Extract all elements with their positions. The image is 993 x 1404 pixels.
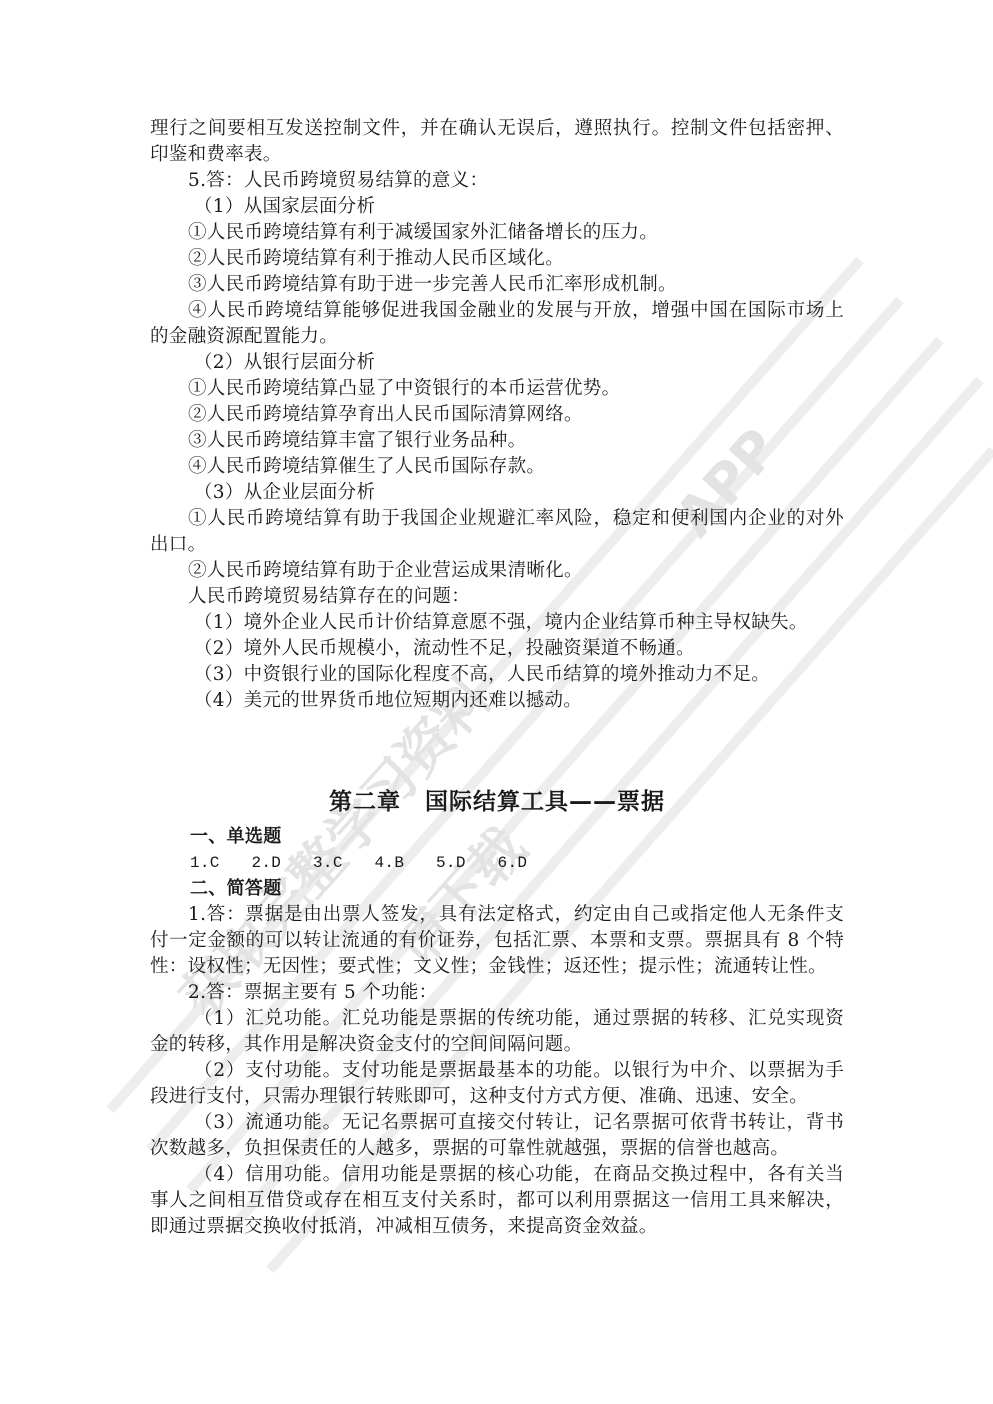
document-page: 理行之间要相互发送控制文件，并在确认无误后，遵照执行。控制文件包括密押、印鉴和费… xyxy=(150,116,844,1240)
answer-q2-title: 2.答：票据主要有 5 个功能： xyxy=(150,980,844,1006)
problem-item: （2）境外人民币规模小，流动性不足，投融资渠道不畅通。 xyxy=(150,636,844,662)
section-heading-short-answer: 二、简答题 xyxy=(150,876,844,902)
answer-q1: 1.答：票据是由出票人签发，具有法定格式，约定由自己或指定他人无条件支付一定金额… xyxy=(150,902,844,980)
list-item: ③人民币跨境结算有助于进一步完善人民币汇率形成机制。 xyxy=(150,272,844,298)
group-heading-national: （1）从国家层面分析 xyxy=(150,194,844,220)
group-heading-bank: （2）从银行层面分析 xyxy=(150,350,844,376)
list-item: ③人民币跨境结算丰富了银行业务品种。 xyxy=(150,428,844,454)
problem-item: （1）境外企业人民币计价结算意愿不强，境内企业结算币种主导权缺失。 xyxy=(150,610,844,636)
chapter-title: 第二章 国际结算工具——票据 xyxy=(150,784,844,820)
problems-title: 人民币跨境贸易结算存在的问题： xyxy=(150,584,844,610)
list-item: ②人民币跨境结算孕育出人民币国际清算网络。 xyxy=(150,402,844,428)
function-item: （2）支付功能。支付功能是票据最基本的功能。以银行为中介、以票据为手段进行支付，… xyxy=(150,1058,844,1110)
problem-item: （4）美元的世界货币地位短期内还难以撼动。 xyxy=(150,688,844,714)
function-item: （4）信用功能。信用功能是票据的核心功能，在商品交换过程中，各有关当事人之间相互… xyxy=(150,1162,844,1240)
answer-key: 1.C 2.D 3.C 4.B 5.D 6.D xyxy=(150,850,844,876)
problem-item: （3）中资银行业的国际化程度不高，人民币结算的境外推动力不足。 xyxy=(150,662,844,688)
paragraph-control-files: 理行之间要相互发送控制文件，并在确认无误后，遵照执行。控制文件包括密押、印鉴和费… xyxy=(150,116,844,168)
group-heading-enterprise: （3）从企业层面分析 xyxy=(150,480,844,506)
list-item: ①人民币跨境结算有助于我国企业规避汇率风险，稳定和便利国内企业的对外出口。 xyxy=(150,506,844,558)
list-item: ④人民币跨境结算催生了人民币国际存款。 xyxy=(150,454,844,480)
function-item: （3）流通功能。无记名票据可直接交付转让，记名票据可依背书转让，背书次数越多，负… xyxy=(150,1110,844,1162)
list-item: ①人民币跨境结算有利于减缓国家外汇储备增长的压力。 xyxy=(150,220,844,246)
list-item: ②人民币跨境结算有利于推动人民币区域化。 xyxy=(150,246,844,272)
list-item: ④人民币跨境结算能够促进我国金融业的发展与开放，增强中国在国际市场上的金融资源配… xyxy=(150,298,844,350)
list-item: ①人民币跨境结算凸显了中资银行的本币运营优势。 xyxy=(150,376,844,402)
list-item: ②人民币跨境结算有助于企业营运成果清晰化。 xyxy=(150,558,844,584)
function-item: （1）汇兑功能。汇兑功能是票据的传统功能，通过票据的转移、汇兑实现资金的转移，其… xyxy=(150,1006,844,1058)
spacer xyxy=(150,714,844,784)
q5-title: 5.答：人民币跨境贸易结算的意义： xyxy=(150,168,844,194)
section-heading-single-choice: 一、单选题 xyxy=(150,824,844,850)
